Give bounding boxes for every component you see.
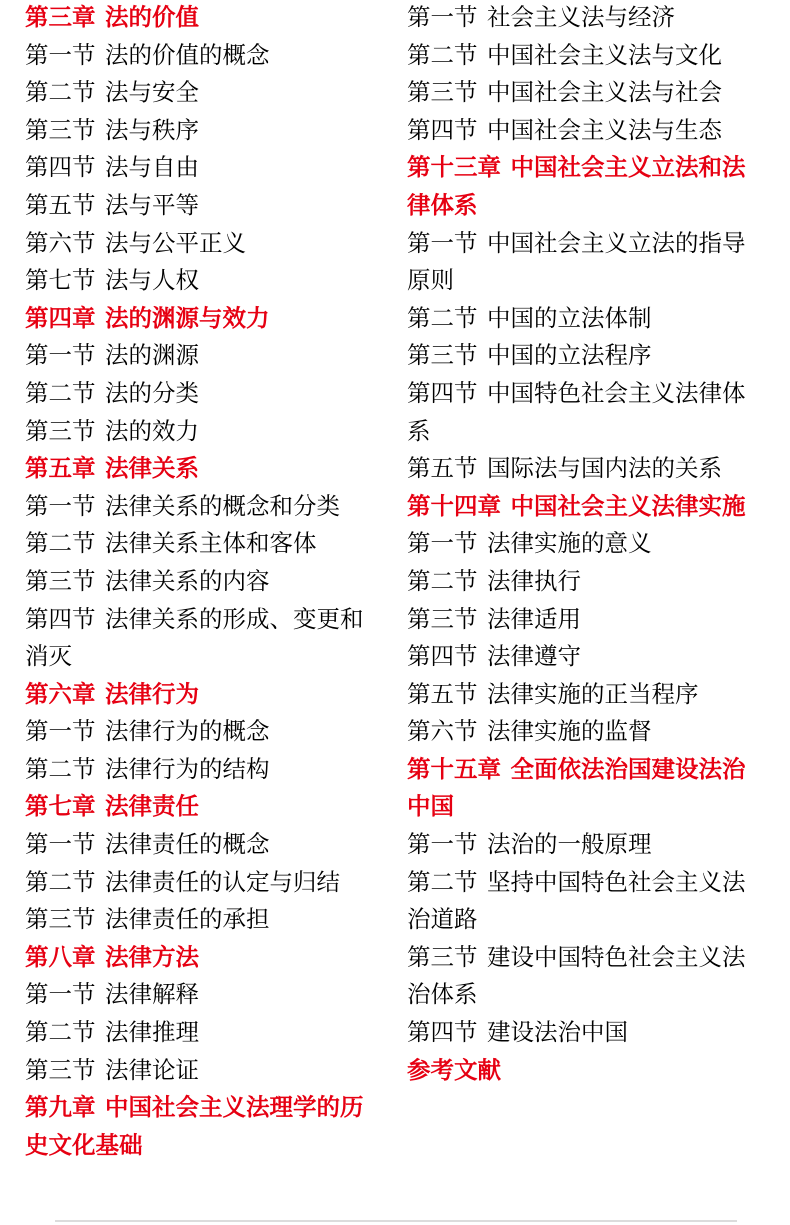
toc-chapter-entry[interactable]: 第十三章 中国社会主义立法和法律体系 <box>407 149 759 224</box>
toc-section-entry[interactable]: 第一节 法律行为的概念 <box>25 713 377 751</box>
toc-section-entry[interactable]: 第二节 法律执行 <box>407 563 759 601</box>
toc-section-entry[interactable]: 第三节 中国社会主义法与社会 <box>407 74 759 112</box>
toc-section-entry[interactable]: 第四节 法与自由 <box>25 149 377 187</box>
toc-section-entry[interactable]: 第五节 国际法与国内法的关系 <box>407 450 759 488</box>
toc-section-entry[interactable]: 第二节 法的分类 <box>25 375 377 413</box>
toc-chapter-entry[interactable]: 第十五章 全面依法治国建设法治中国 <box>407 751 759 826</box>
toc-chapter-entry[interactable]: 第三章 法的价值 <box>25 0 377 37</box>
toc-section-entry[interactable]: 第一节 法律实施的意义 <box>407 525 759 563</box>
toc-column-left: 第三章 法的价值第一节 法的价值的概念第二节 法与安全第三节 法与秩序第四节 法… <box>25 0 377 1164</box>
toc-chapter-entry[interactable]: 第六章 法律行为 <box>25 676 377 714</box>
toc-chapter-entry[interactable]: 第四章 法的渊源与效力 <box>25 300 377 338</box>
toc-chapter-entry[interactable]: 第十四章 中国社会主义法律实施 <box>407 488 759 526</box>
toc-section-entry[interactable]: 第五节 法与平等 <box>25 187 377 225</box>
toc-section-entry[interactable]: 第二节 法律关系主体和客体 <box>25 525 377 563</box>
toc-section-entry[interactable]: 第六节 法律实施的监督 <box>407 713 759 751</box>
toc-section-entry[interactable]: 第一节 中国社会主义立法的指导原则 <box>407 225 759 300</box>
toc-section-entry[interactable]: 第一节 法的价值的概念 <box>25 37 377 75</box>
toc-section-entry[interactable]: 第四节 建设法治中国 <box>407 1014 759 1052</box>
toc-section-entry[interactable]: 第六节 法与公平正义 <box>25 225 377 263</box>
toc-section-entry[interactable]: 第五节 法律实施的正当程序 <box>407 676 759 714</box>
toc-section-entry[interactable]: 第四节 中国社会主义法与生态 <box>407 112 759 150</box>
toc-section-entry[interactable]: 第四节 法律遵守 <box>407 638 759 676</box>
toc-section-entry[interactable]: 第三节 法律适用 <box>407 601 759 639</box>
toc-section-entry[interactable]: 第三节 法律责任的承担 <box>25 901 377 939</box>
toc-section-entry[interactable]: 第二节 中国的立法体制 <box>407 300 759 338</box>
toc-section-entry[interactable]: 第三节 中国的立法程序 <box>407 337 759 375</box>
toc-section-entry[interactable]: 第一节 法律责任的概念 <box>25 826 377 864</box>
toc-section-entry[interactable]: 第三节 法律关系的内容 <box>25 563 377 601</box>
toc-section-entry[interactable]: 第二节 法律责任的认定与归结 <box>25 864 377 902</box>
toc-chapter-entry[interactable]: 第七章 法律责任 <box>25 788 377 826</box>
toc-section-entry[interactable]: 第四节 中国特色社会主义法律体系 <box>407 375 759 450</box>
toc-section-entry[interactable]: 第二节 坚持中国特色社会主义法治道路 <box>407 864 759 939</box>
toc-section-entry[interactable]: 第二节 法与安全 <box>25 74 377 112</box>
toc-section-entry[interactable]: 第一节 社会主义法与经济 <box>407 0 759 37</box>
toc-section-entry[interactable]: 第一节 法律解释 <box>25 976 377 1014</box>
toc-section-entry[interactable]: 第二节 中国社会主义法与文化 <box>407 37 759 75</box>
toc-section-entry[interactable]: 第三节 建设中国特色社会主义法治体系 <box>407 939 759 1014</box>
toc-section-entry[interactable]: 第二节 法律推理 <box>25 1014 377 1052</box>
toc-section-entry[interactable]: 第三节 法的效力 <box>25 413 377 451</box>
toc-column-right: 第一节 社会主义法与经济第二节 中国社会主义法与文化第三节 中国社会主义法与社会… <box>407 0 759 1089</box>
toc-chapter-entry[interactable]: 第八章 法律方法 <box>25 939 377 977</box>
toc-section-entry[interactable]: 第一节 法治的一般原理 <box>407 826 759 864</box>
toc-section-entry[interactable]: 第一节 法的渊源 <box>25 337 377 375</box>
toc-chapter-entry[interactable]: 第五章 法律关系 <box>25 450 377 488</box>
toc-chapter-entry[interactable]: 第九章 中国社会主义法理学的历史文化基础 <box>25 1089 377 1164</box>
toc-section-entry[interactable]: 第一节 法律关系的概念和分类 <box>25 488 377 526</box>
page-bottom-divider <box>55 1220 737 1222</box>
toc-section-entry[interactable]: 第三节 法与秩序 <box>25 112 377 150</box>
toc-section-entry[interactable]: 第七节 法与人权 <box>25 262 377 300</box>
toc-chapter-entry[interactable]: 参考文献 <box>407 1052 759 1090</box>
toc-section-entry[interactable]: 第四节 法律关系的形成、变更和消灭 <box>25 601 377 676</box>
toc-section-entry[interactable]: 第三节 法律论证 <box>25 1052 377 1090</box>
toc-section-entry[interactable]: 第二节 法律行为的结构 <box>25 751 377 789</box>
